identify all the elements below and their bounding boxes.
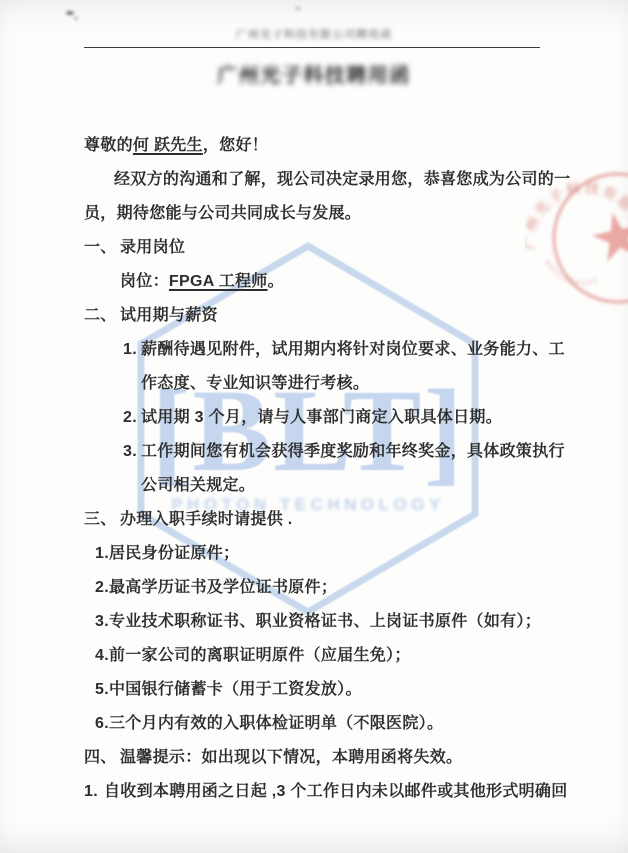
text-segment: 3. — [123, 435, 141, 469]
document-line: 1.居民身份证原件； — [95, 537, 628, 571]
seal-star-icon — [588, 207, 628, 263]
text-segment: 三、 — [84, 503, 120, 537]
text-segment: 作态度、专业知识等进行考核。 — [141, 375, 369, 392]
text-segment: 1. — [84, 775, 104, 809]
document-line: 三、办理入职手续时请提供 . — [84, 503, 628, 537]
text-segment: 薪酬待遇见附件，试用期内将针对岗位要求、业务能力、工 — [141, 341, 565, 358]
text-segment: 温馨提示：如出现以下情况，本聘用函将失效。 — [120, 749, 462, 766]
text-segment: 4.前一家公司的离职证明原件（应届生免）； — [95, 647, 411, 664]
text-segment: 2.最高学历证书及学位证书原件； — [95, 579, 337, 596]
text-segment: 工作期间您有机会获得季度奖励和年终奖金，具体政策执行 — [141, 443, 565, 460]
text-segment: 一、 — [84, 231, 120, 265]
text-segment: 公司相关规定。 — [141, 477, 255, 494]
text-segment: 试用期 3 个月，请与人事部门商定入职具体日期。 — [141, 409, 502, 426]
text-segment: 经双方的沟通和了解，现公司决定录用您，恭喜您成为公司的一 — [114, 171, 570, 188]
text-segment: 自收到本聘用函之日起 ,3 个工作日内未以邮件或其他形式明确回 — [104, 783, 568, 800]
document-line: 2.试用期 3 个月，请与人事部门商定入职具体日期。 — [123, 401, 628, 435]
text-segment: 2. — [123, 401, 141, 435]
scan-speck — [66, 11, 74, 15]
redacted-document-title: 广州光子科技聘用函 — [0, 59, 628, 88]
company-seal-stamp: 广州光子科技有限公司 4401064107 — [525, 150, 628, 350]
text-segment: 3.专业技术职称证书、职业资格证书、上岗证书原件（如有）； — [95, 613, 541, 630]
document-line: 3.专业技术职称证书、职业资格证书、上岗证书原件（如有）； — [95, 605, 628, 639]
text-segment: 四、 — [84, 741, 120, 775]
text-segment: 1.居民身份证原件； — [95, 545, 239, 562]
document-line: 6.三个月内有效的入职体检证明单（不限医院）。 — [95, 707, 628, 741]
document-line: 2.最高学历证书及学位证书原件； — [95, 571, 628, 605]
text-segment: 岗位： — [120, 273, 169, 290]
text-segment: 录用岗位 — [120, 239, 185, 256]
text-segment: 员，期待您能与公司共同成长与发展。 — [84, 205, 361, 222]
document-line: 5.中国银行储蓄卡（用于工资发放）。 — [95, 673, 628, 707]
document-line: 4.前一家公司的离职证明原件（应届生免）； — [95, 639, 628, 673]
redacted-company-header: 广州光子科技有限公司聘用函 — [0, 26, 628, 42]
text-segment: 1. — [123, 333, 141, 367]
underlined-text: FPGA 工程师 — [169, 273, 268, 290]
text-segment: 。 — [268, 273, 284, 290]
underlined-text: 何 跃先生 — [133, 137, 203, 154]
document-line: 作态度、专业知识等进行考核。 — [141, 367, 628, 401]
scan-speck — [295, 7, 301, 10]
text-segment: 6.三个月内有效的入职体检证明单（不限医院）。 — [95, 715, 443, 732]
scan-speck — [74, 17, 78, 20]
document-line: 四、温馨提示：如出现以下情况，本聘用函将失效。 — [84, 741, 628, 775]
text-segment: 办理入职手续时请提供 . — [120, 511, 293, 528]
text-segment: ，您好！ — [203, 137, 268, 154]
text-segment: 试用期与薪资 — [120, 307, 218, 324]
document-line: 1.自收到本聘用函之日起 ,3 个工作日内未以邮件或其他形式明确回 — [84, 775, 628, 809]
document-line: 3.工作期间您有机会获得季度奖励和年终奖金，具体政策执行 — [123, 435, 628, 469]
seal-serial-number: 4401064107 — [542, 249, 601, 296]
text-segment: 尊敬的 — [84, 137, 133, 154]
text-segment: 5.中国银行储蓄卡（用于工资发放）。 — [95, 681, 362, 698]
document-line: 公司相关规定。 — [141, 469, 628, 503]
header-divider-line — [84, 47, 540, 48]
scanned-offer-letter-page: 广州光子科技有限公司聘用函 广州光子科技聘用函 [BLT] PHOTON TEC… — [0, 0, 628, 853]
text-segment: 二、 — [84, 299, 120, 333]
